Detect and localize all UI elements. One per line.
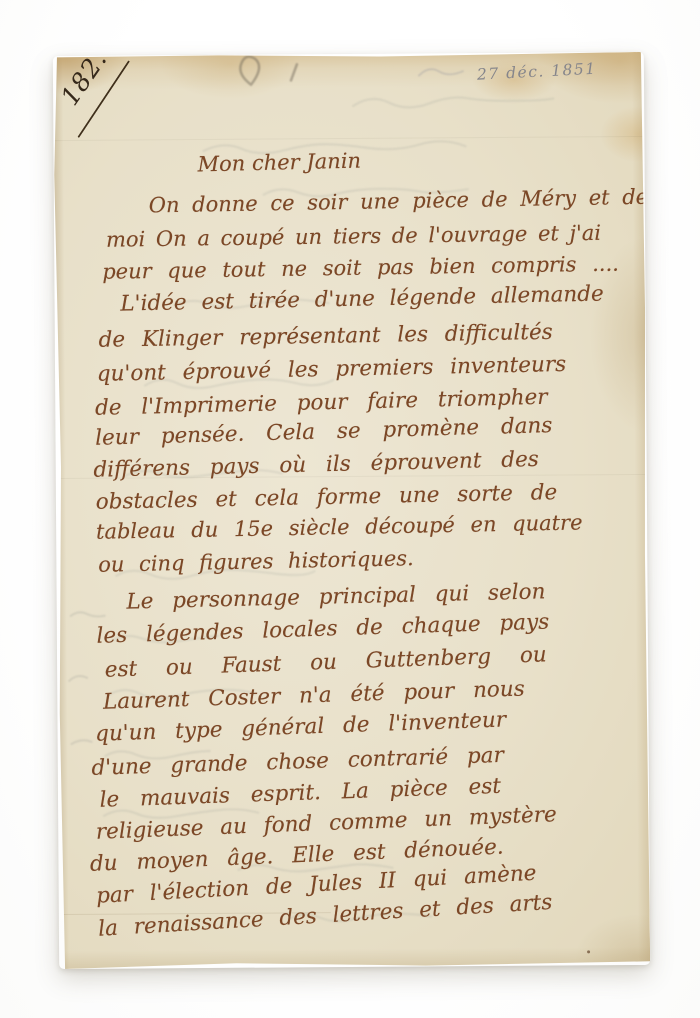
letter-photo: 182. 27 déc. 1851 Mon cher Janin On donn… (53, 52, 650, 969)
salutation: Mon cher Janin (197, 149, 361, 177)
letter-page: 182. 27 déc. 1851 Mon cher Janin On donn… (53, 52, 650, 969)
ink-spot (587, 950, 590, 953)
